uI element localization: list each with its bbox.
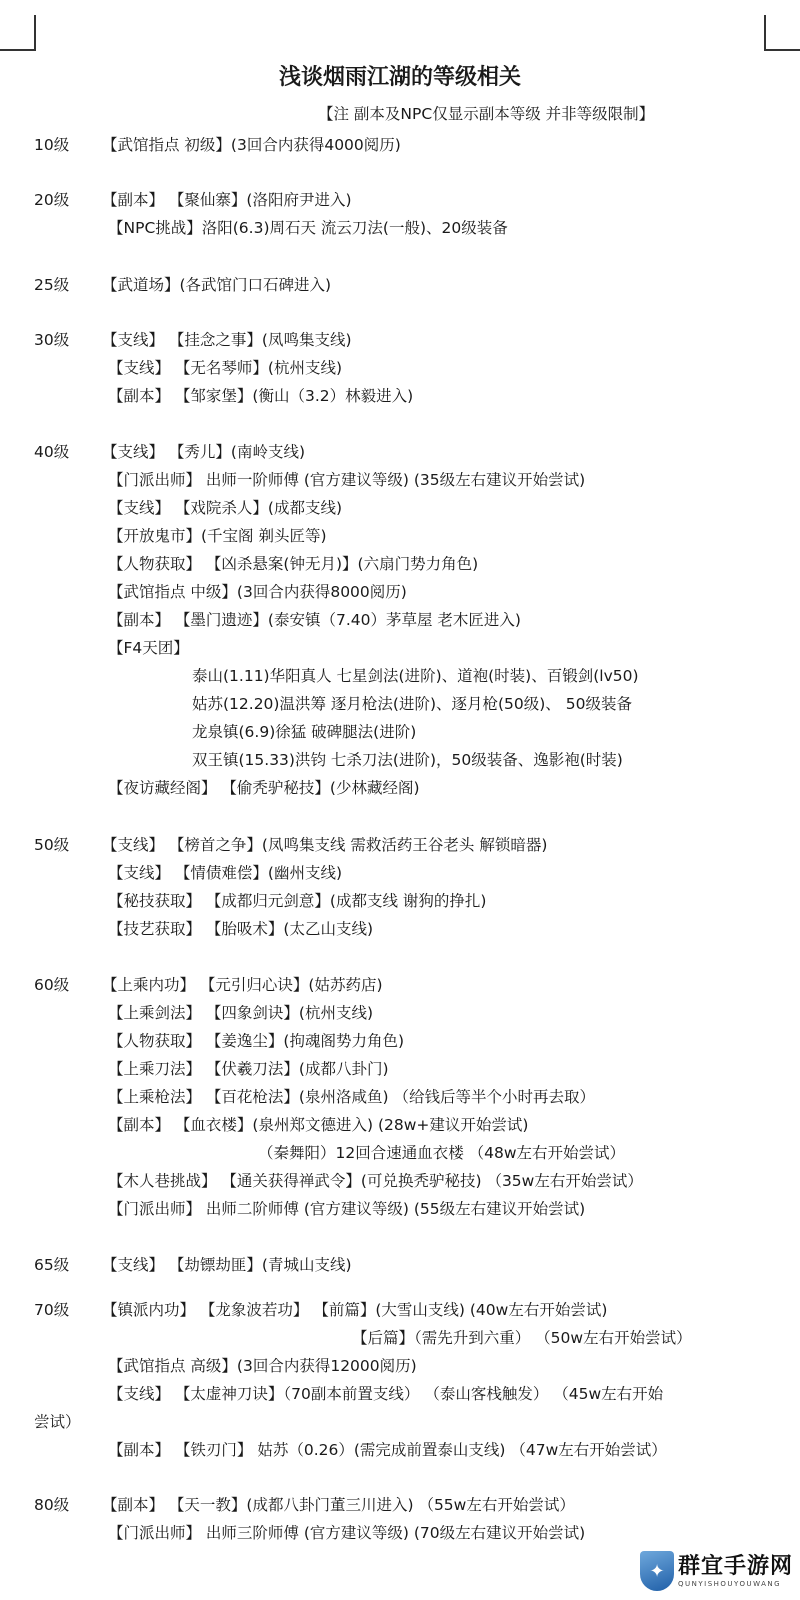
entry-line: 【秘技获取】 【成都归元剑意】(成都支线 谢狗的挣扎) — [108, 891, 486, 911]
entry-line: 【木人巷挑战】 【通关获得禅武令】(可兑换秃驴秘技) （35w左右开始尝试） — [108, 1171, 643, 1191]
entry-line: 【NPC挑战】洛阳(6.3)周石天 流云刀法(一般)、20级装备 — [108, 218, 508, 238]
entry-line: 【支线】 【情债难偿】(幽州支线) — [108, 863, 342, 883]
entry-line: 尝试） — [34, 1412, 81, 1432]
entry-line: 【支线】 【戏院杀人】(成都支线) — [108, 498, 342, 518]
level-label: 50级 — [34, 835, 69, 855]
entry-line: 【人物获取】 【凶杀悬案(钟无月)】(六扇门势力角色) — [108, 554, 478, 574]
entry-line: 【开放鬼市】(千宝阁 剃头匠等) — [108, 526, 327, 546]
entry-line: 【后篇】（需先升到六重） （50w左右开始尝试） — [352, 1328, 692, 1348]
entry-line: 双王镇(15.33)洪钧 七杀刀法(进阶)，50级装备、逸影袍(时装) — [192, 750, 623, 770]
entry-line: 【副本】 【墨门遗迹】(泰安镇（7.40）茅草屋 老木匠进入) — [108, 610, 521, 630]
entry-line: 【支线】 【劫镖劫匪】(青城山支线) — [102, 1255, 352, 1275]
entry-line: 【副本】 【血衣楼】(泉州郑文德进入) (28w+建议开始尝试) — [108, 1115, 528, 1135]
entry-line: 【副本】 【邹家堡】(衡山（3.2）林毅进入) — [108, 386, 413, 406]
entry-line: 【镇派内功】 【龙象波若功】 【前篇】(大雪山支线) (40w左右开始尝试) — [102, 1300, 607, 1320]
level-label: 70级 — [34, 1300, 69, 1320]
level-label: 30级 — [34, 330, 69, 350]
watermark-name: 群宜手游网 — [678, 1554, 793, 1580]
entry-line: 【武馆指点 中级】(3回合内获得8000阅历) — [108, 582, 407, 602]
entry-line: 【门派出师】 出师二阶师傅 (官方建议等级) (55级左右建议开始尝试) — [108, 1199, 585, 1219]
entry-line: 【F4天团】 — [108, 638, 189, 658]
level-label: 65级 — [34, 1255, 69, 1275]
level-label: 10级 — [34, 135, 69, 155]
entry-line: 【副本】 【铁刃门】 姑苏（0.26）(需完成前置泰山支线) （47w左右开始尝… — [108, 1440, 667, 1460]
entry-line: 【支线】 【太虚神刀诀】（70副本前置支线） （泰山客栈触发） （45w左右开始 — [108, 1384, 663, 1404]
watermark-pinyin: QUNYISHOUYOUWANG — [678, 1580, 793, 1588]
entry-line: 【支线】 【无名琴师】(杭州支线) — [108, 358, 342, 378]
entry-line: 【支线】 【秀儿】(南岭支线) — [102, 442, 305, 462]
entry-line: 【夜访藏经阁】 【偷秃驴秘技】(少林藏经阁) — [108, 778, 420, 798]
document-note: 【注 副本及NPC仅显示副本等级 并非等级限制】 — [318, 102, 654, 124]
entry-line: 【门派出师】 出师三阶师傅 (官方建议等级) (70级左右建议开始尝试) — [108, 1523, 585, 1543]
entry-line: 【武馆指点 高级】(3回合内获得12000阅历) — [108, 1356, 417, 1376]
entry-line: 【技艺获取】 【胎吸术】(太乙山支线) — [108, 919, 373, 939]
entry-line: 【上乘刀法】 【伏羲刀法】(成都八卦门) — [108, 1059, 389, 1079]
shield-logo-icon: ✦ — [640, 1551, 674, 1591]
entry-line: 【副本】 【聚仙寨】(洛阳府尹进入) — [102, 190, 352, 210]
level-label: 20级 — [34, 190, 69, 210]
crop-mark-top-left — [0, 15, 36, 51]
entry-line: 【门派出师】 出师一阶师傅 (官方建议等级) (35级左右建议开始尝试) — [108, 470, 585, 490]
entry-line: 【人物获取】 【姜逸尘】(拘魂阁势力角色) — [108, 1031, 404, 1051]
crop-mark-top-right — [764, 15, 800, 51]
entry-line: 【上乘内功】 【元引归心诀】(姑苏药店) — [102, 975, 383, 995]
entry-line: 龙泉镇(6.9)徐猛 破碑腿法(进阶) — [192, 722, 416, 742]
level-label: 80级 — [34, 1495, 69, 1515]
entry-line: 【上乘枪法】 【百花枪法】(泉州洛咸鱼) （给钱后等半个小时再去取） — [108, 1087, 595, 1107]
entry-line: 【武馆指点 初级】(3回合内获得4000阅历) — [102, 135, 401, 155]
level-label: 40级 — [34, 442, 69, 462]
entry-line: 【副本】 【天一教】(成都八卦门董三川进入) （55w左右开始尝试） — [102, 1495, 575, 1515]
entry-line: 【武道场】(各武馆门口石碑进入) — [102, 275, 331, 295]
level-label: 25级 — [34, 275, 69, 295]
entry-line: 姑苏(12.20)温洪筹 逐月枪法(进阶)、逐月枪(50级)、 50级装备 — [192, 694, 632, 714]
entry-line: 【上乘剑法】 【四象剑诀】(杭州支线) — [108, 1003, 373, 1023]
document-title: 浅谈烟雨江湖的等级相关 — [0, 60, 800, 91]
entry-line: 【支线】 【挂念之事】(凤鸣集支线) — [102, 330, 352, 350]
entry-line: 泰山(1.11)华阳真人 七星剑法(进阶)、道袍(时装)、百锻剑(lv50) — [192, 666, 639, 686]
entry-line: 【支线】 【榜首之争】(凤鸣集支线 需救活药王谷老头 解锁暗器) — [102, 835, 547, 855]
entry-line: （秦舞阳）12回合速通血衣楼 （48w左右开始尝试） — [258, 1143, 625, 1163]
level-label: 60级 — [34, 975, 69, 995]
watermark: ✦ 群宜手游网 QUNYISHOUYOUWANG — [640, 1542, 800, 1600]
